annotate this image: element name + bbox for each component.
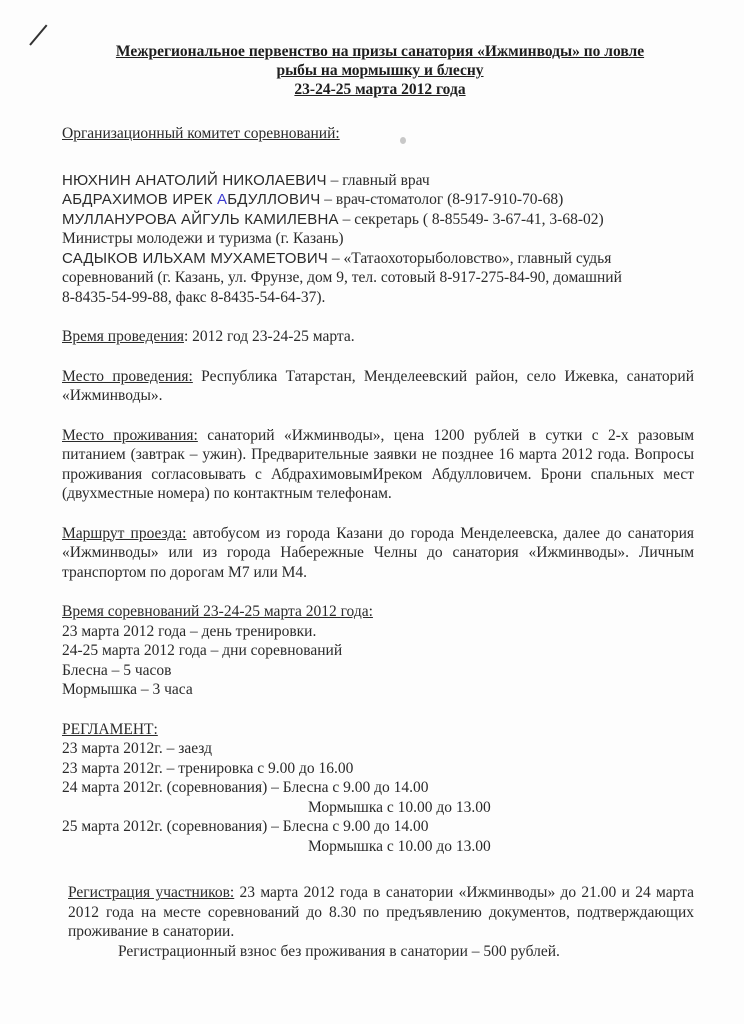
regulations-section: РЕГЛАМЕНТ: 23 марта 2012г. – заезд 23 ма… <box>62 720 694 857</box>
schedule-line: Блесна – 5 часов <box>62 661 694 681</box>
title-line-2: рыбы на мормышку и блесну <box>60 61 700 80</box>
regulation-line: 23 марта 2012г. – тренировка с 9.00 до 1… <box>62 759 694 779</box>
committee-member: МУЛЛАНУРОВА АЙГУЛЬ КАМИЛЕВНА – секретарь… <box>62 210 694 230</box>
committee-member: НЮХНИН АНАТОЛИЙ НИКОЛАЕВИЧ – главный вра… <box>62 171 694 191</box>
regulation-day: 24 марта 2012г. (соревнования) – Блесна … <box>62 778 694 798</box>
route-label: Маршрут проезда: <box>62 525 187 542</box>
accommodation-section: Место проживания: санаторий «Ижминводы»,… <box>62 426 694 504</box>
venue-label: Место проведения: <box>62 368 193 385</box>
time-section: Время проведения: 2012 год 23-24-25 март… <box>62 327 694 347</box>
committee-member: АБДРАХИМОВ ИРЕК АБДУЛЛОВИЧ – врач-стомат… <box>62 190 694 210</box>
regulation-day: 25 марта 2012г. (соревнования) – Блесна … <box>62 817 694 837</box>
committee-section: Организационный комитет соревнований: НЮ… <box>62 124 694 307</box>
pen-stroke-mark <box>29 24 47 45</box>
registration-label: Регистрация участников: <box>68 884 234 901</box>
title-line-1: Межрегиональное первенство на призы сана… <box>60 42 700 61</box>
schedule-heading: Время соревнований 23-24-25 марта 2012 г… <box>62 602 694 622</box>
committee-heading: Организационный комитет соревнований: <box>62 125 340 142</box>
regulation-line: 23 марта 2012г. – заезд <box>62 739 694 759</box>
document-body: Организационный комитет соревнований: НЮ… <box>62 124 694 961</box>
registration-section: Регистрация участников: 23 марта 2012 го… <box>68 883 694 961</box>
time-label: Время проведения <box>62 328 184 345</box>
scanned-document-page: Межрегиональное первенство на призы сана… <box>0 0 744 1024</box>
regulations-heading: РЕГЛАМЕНТ: <box>62 720 694 740</box>
route-section: Маршрут проезда: автобусом из города Каз… <box>62 524 694 583</box>
venue-section: Место проведения: Республика Татарстан, … <box>62 367 694 406</box>
schedule-line: 24-25 марта 2012 года – дни соревнований <box>62 641 694 661</box>
committee-note: Министры молодежи и туризма (г. Казань) <box>62 229 694 249</box>
document-title: Межрегиональное первенство на призы сана… <box>60 42 700 99</box>
schedule-line: 23 марта 2012 года – день тренировки. <box>62 622 694 642</box>
schedule-line: Мормышка – 3 часа <box>62 680 694 700</box>
ink-correction-mark: А <box>217 191 227 208</box>
title-line-3: 23-24-25 марта 2012 года <box>60 80 700 99</box>
registration-fee: Регистрационный взнос без проживания в с… <box>68 942 694 962</box>
schedule-section: Время соревнований 23-24-25 марта 2012 г… <box>62 602 694 700</box>
committee-member: САДЫКОВ ИЛЬХАМ МУХАМЕТОВИЧ – «Татаохотор… <box>62 249 694 269</box>
accommodation-label: Место проживания: <box>62 427 198 444</box>
